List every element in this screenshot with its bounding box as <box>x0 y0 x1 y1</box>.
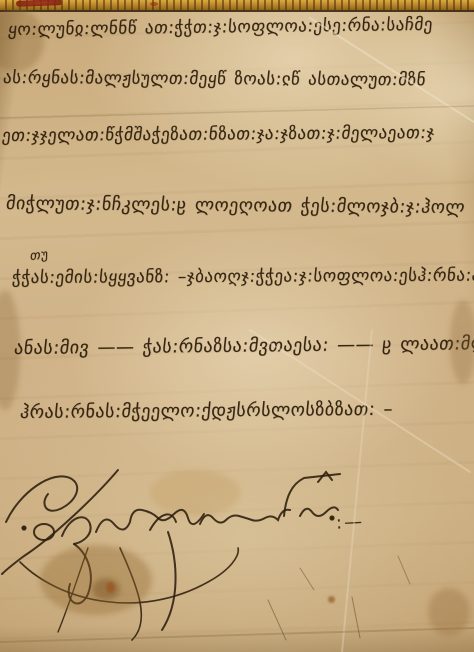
signature-trailing-mark: :— <box>335 511 364 533</box>
manuscript-line: ჭჭას:ემის:სყყვანზ: –ჯბაოღჯ:ჭჭეა:ჯ:სოფლოა… <box>11 267 474 287</box>
edge-rule-line <box>0 10 474 12</box>
stain <box>92 578 120 600</box>
crease-overlay <box>0 0 474 652</box>
stain <box>328 596 335 603</box>
stain <box>106 582 115 593</box>
signature-flourish <box>0 452 474 652</box>
manuscript-line: ჰრას:რნას:მჭეელო:ქდჟსრსლოსზბზათ: – <box>19 401 394 422</box>
stain <box>40 545 152 615</box>
gilt-edge-band <box>0 0 474 10</box>
red-edge-speck <box>150 2 158 6</box>
manuscript-line: ანას:მივ —— ჭას:რნაზსა:მვთაესა: —— ჸ ლაა… <box>13 335 474 358</box>
interline-superscript: თუ <box>30 248 49 263</box>
stain <box>428 588 470 636</box>
manuscript-line: ყო:ლუნჲ:ლნნწ ათ:ჭჭთ:ჯ:სოფლოა:ესე:რნა:საჩ… <box>7 17 433 39</box>
stain <box>150 470 240 516</box>
manuscript-line: ას:რყნას:მალჟსულთ:მეყწ ზოას:ჺწ ასთალუთ:მ… <box>2 70 427 89</box>
manuscript-line: მიჭლუთ:ჯ:ნჩკლეს:ჸ ლოეღოათ ჭეს:მლოჯბ:ჯ:ჰო… <box>5 195 466 217</box>
manuscript-page: ყო:ლუნჲ:ლნნწ ათ:ჭჭთ:ჯ:სოფლოა:ესე:რნა:საჩ… <box>0 0 474 652</box>
manuscript-line: ეთ:ჯჯელათ:წჭმშაჭეზათ:ნზათ:ჯა:ჯზათ:ჯ:მელა… <box>1 125 436 145</box>
